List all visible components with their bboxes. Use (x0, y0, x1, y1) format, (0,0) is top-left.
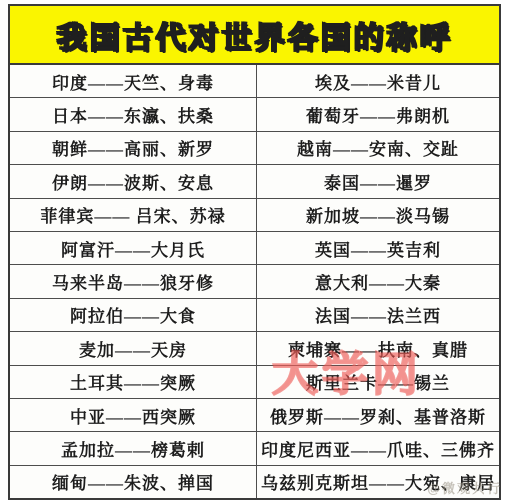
table-row: 菲律宾—— 吕宋、苏禄新加坡——淡马锡 (10, 199, 499, 232)
page-title: 我国古代对世界各国的称呼 (57, 13, 453, 57)
country-entry-right: 法国——法兰西 (257, 299, 499, 331)
table-row: 日本——东瀛、扶桑葡萄牙——弗朗机 (10, 98, 499, 131)
table-row: 阿富汗——大月氏英国——英吉利 (10, 232, 499, 265)
infographic-page: 我国古代对世界各国的称呼 印度——天竺、身毒埃及——米昔儿日本——东瀛、扶桑葡萄… (0, 0, 516, 500)
country-entry-right: 埃及——米昔儿 (257, 65, 499, 97)
country-entry-left: 马来半岛——狼牙修 (10, 265, 257, 297)
country-entry-right: 越南——安南、交趾 (257, 132, 499, 164)
country-entry-right: 斯里兰卡——锡兰 (257, 366, 499, 398)
table-row: 伊朗——波斯、安息泰国——暹罗 (10, 165, 499, 198)
country-entry-right: 英国——英吉利 (257, 232, 499, 264)
table-row: 孟加拉——榜葛剌印度尼西亚——爪哇、三佛齐 (10, 432, 499, 465)
country-entry-left: 中亚——西突厥 (10, 399, 257, 431)
country-entry-right: 意大利——大秦 (257, 265, 499, 297)
country-entry-left: 阿拉伯——大食 (10, 299, 257, 331)
country-entry-right: 葡萄牙——弗朗机 (257, 98, 499, 130)
country-entry-left: 伊朗——波斯、安息 (10, 165, 257, 197)
country-entry-left: 日本——东瀛、扶桑 (10, 98, 257, 130)
country-entry-left: 缅甸——朱波、掸国 (10, 466, 257, 498)
country-entry-left: 土耳其——突厥 (10, 366, 257, 398)
table-row: 马来半岛——狼牙修意大利——大秦 (10, 265, 499, 298)
table-row: 麦加——天房柬埔寨——扶南、真腊 (10, 332, 499, 365)
country-entry-right: 柬埔寨——扶南、真腊 (257, 332, 499, 364)
country-entry-right: 乌兹别克斯坦——大宛、康居 (257, 466, 499, 498)
country-entry-left: 阿富汗——大月氏 (10, 232, 257, 264)
country-entry-left: 印度——天竺、身毒 (10, 65, 257, 97)
table-row: 缅甸——朱波、掸国乌兹别克斯坦——大宛、康居 (10, 466, 499, 498)
country-entry-right: 泰国——暹罗 (257, 165, 499, 197)
country-names-table: 印度——天竺、身毒埃及——米昔儿日本——东瀛、扶桑葡萄牙——弗朗机朝鲜——高丽、… (10, 65, 499, 498)
country-entry-left: 麦加——天房 (10, 332, 257, 364)
table-row: 中亚——西突厥俄罗斯——罗刹、基普洛斯 (10, 399, 499, 432)
table-row: 朝鲜——高丽、新罗越南——安南、交趾 (10, 132, 499, 165)
country-entry-right: 印度尼西亚——爪哇、三佛齐 (257, 432, 499, 464)
table-row: 印度——天竺、身毒埃及——米昔儿 (10, 65, 499, 98)
title-banner: 我国古代对世界各国的称呼 (10, 6, 499, 65)
country-entry-left: 朝鲜——高丽、新罗 (10, 132, 257, 164)
table-row: 阿拉伯——大食法国——法兰西 (10, 299, 499, 332)
country-entry-left: 孟加拉——榜葛剌 (10, 432, 257, 464)
table-row: 土耳其——突厥斯里兰卡——锡兰 (10, 366, 499, 399)
country-entry-right: 新加坡——淡马锡 (257, 199, 499, 231)
country-entry-right: 俄罗斯——罗刹、基普洛斯 (257, 399, 499, 431)
country-entry-left: 菲律宾—— 吕宋、苏禄 (10, 199, 257, 231)
table-panel: 我国古代对世界各国的称呼 印度——天竺、身毒埃及——米昔儿日本——东瀛、扶桑葡萄… (8, 4, 501, 500)
